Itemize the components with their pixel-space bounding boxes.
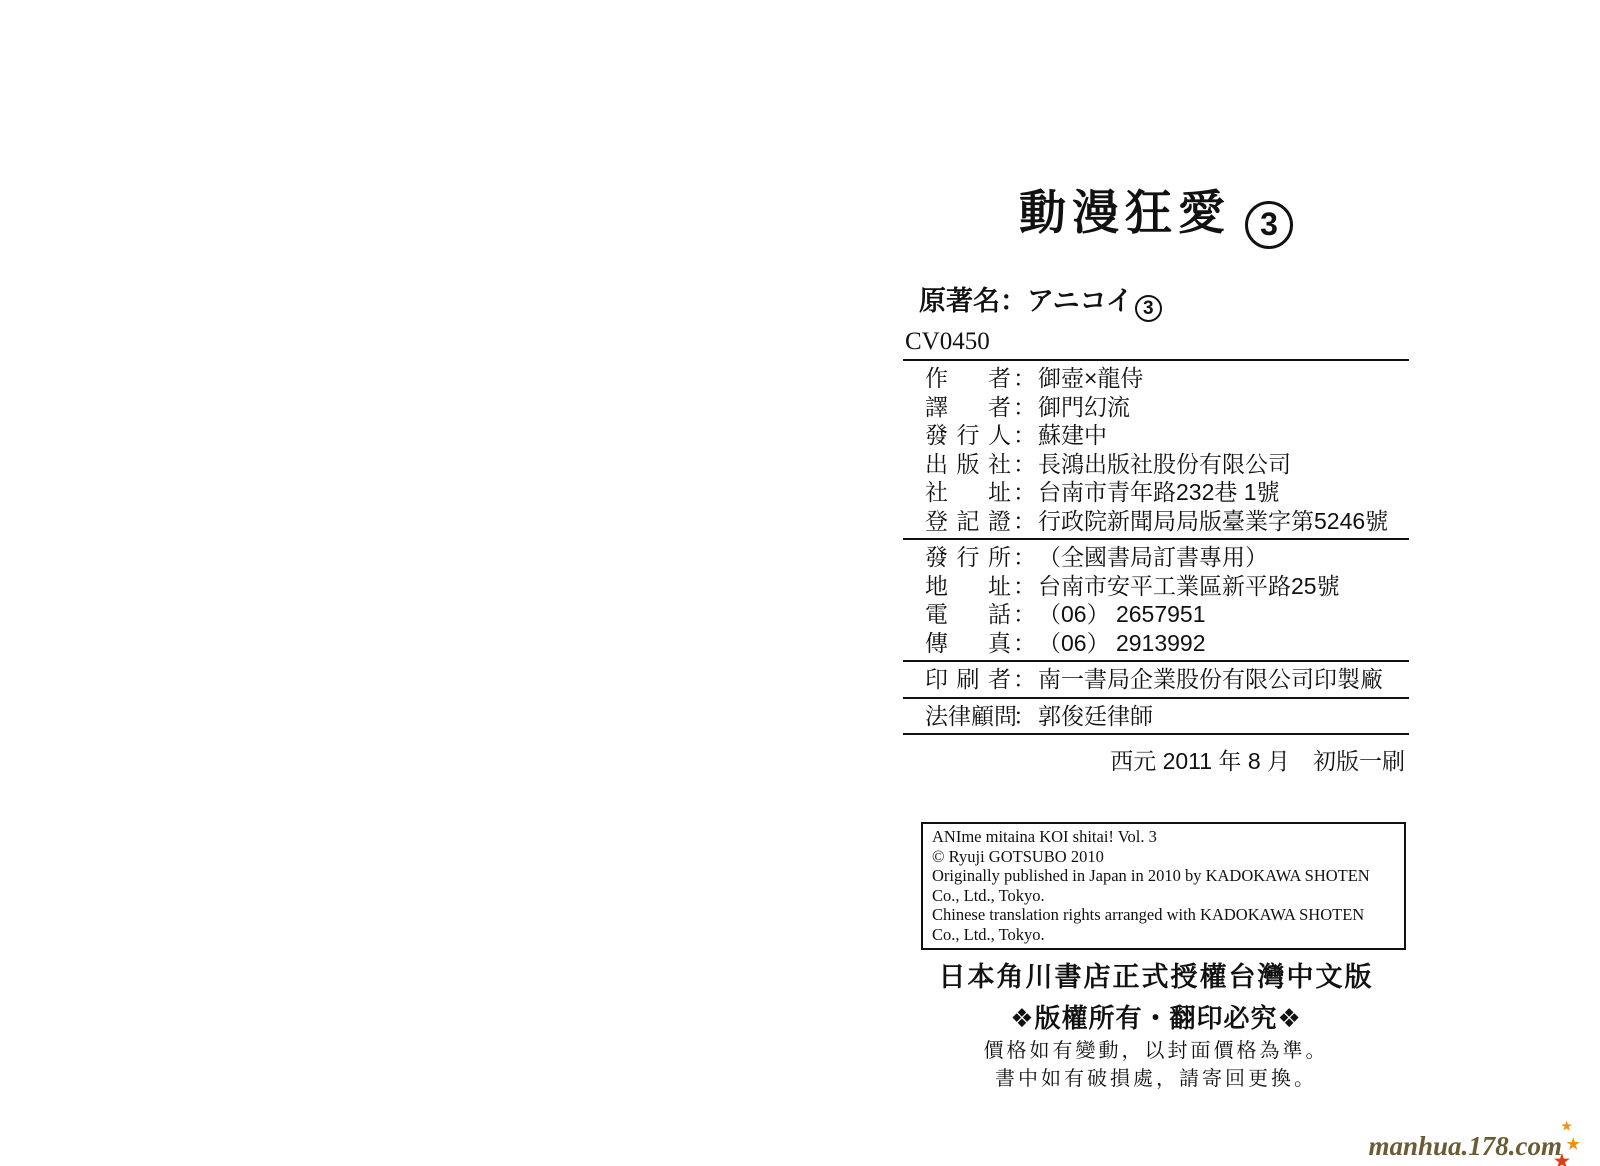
license-price-note: 價格如有變動，以封面價格為準。 xyxy=(903,1039,1409,1063)
row-label: 發行人 xyxy=(925,421,1011,450)
row-label: 作者 xyxy=(925,364,1011,393)
star-icon: ★ xyxy=(1554,1151,1570,1166)
license-authorization: 日本角川書店正式授權台灣中文版 xyxy=(903,955,1409,994)
row-value: 行政院新聞局局版臺業字第5246號 xyxy=(1038,507,1388,536)
row-label: 傳真 xyxy=(925,629,1011,658)
row-colon: ： xyxy=(1013,629,1036,658)
row-label: 地址 xyxy=(925,572,1011,601)
info-table-group-2: 發行所：（全國書局訂書專用） 地址：台南市安平工業區新平路25號 電話：（06）… xyxy=(903,543,1409,657)
info-row-translator: 譯者：御門幻流 xyxy=(903,393,1409,422)
info-row-fax: 傳真：（06） 2913992 xyxy=(903,629,1409,658)
license-damage-note: 書中如有破損處，請寄回更換。 xyxy=(903,1067,1409,1091)
row-colon: ： xyxy=(1013,543,1036,572)
row-value: 長鴻出版社股份有限公司 xyxy=(1038,450,1291,479)
row-value: 御門幻流 xyxy=(1038,393,1130,422)
row-colon: ： xyxy=(1013,393,1036,422)
row-colon: ： xyxy=(1013,364,1036,393)
divider-line xyxy=(903,733,1409,735)
row-label: 電話 xyxy=(925,600,1011,629)
info-row-phone: 電話：（06） 2657951 xyxy=(903,600,1409,629)
row-colon: ： xyxy=(1013,665,1036,694)
info-table-group-1: 作者：御壺×龍侍 譯者：御門幻流 發行人：蘇建中 出版社：長鴻出版社股份有限公司… xyxy=(903,364,1409,535)
divider-line xyxy=(903,538,1409,540)
row-value: （全國書局訂書專用） xyxy=(1038,543,1268,572)
info-row-dist-address: 地址：台南市安平工業區新平路25號 xyxy=(903,572,1409,601)
row-colon: ： xyxy=(1013,702,1036,731)
book-title: 動漫狂愛 xyxy=(1019,186,1231,239)
copyright-line-3: Originally published in Japan in 2010 by… xyxy=(932,866,1395,905)
row-value: 台南市安平工業區新平路25號 xyxy=(1038,572,1340,601)
info-row-printer: 印刷者：南一書局企業股份有限公司印製廠 xyxy=(903,665,1409,694)
watermark: manhua.178.com ★ ★ ★ xyxy=(1368,1131,1562,1162)
info-row-author: 作者：御壺×龍侍 xyxy=(903,364,1409,393)
divider-line xyxy=(903,660,1409,662)
divider-line xyxy=(903,697,1409,699)
row-label: 登記證 xyxy=(925,507,1011,536)
row-value: 南一書局企業股份有限公司印製廠 xyxy=(1038,665,1383,694)
info-row-publisher-person: 發行人：蘇建中 xyxy=(903,421,1409,450)
info-row-legal-advisor: 法律顧問：郭俊廷律師 xyxy=(903,702,1409,731)
volume-number-circled: 3 xyxy=(1245,201,1293,249)
row-colon: ： xyxy=(1013,450,1036,479)
book-title-line: 動漫狂愛3 xyxy=(903,176,1409,249)
row-colon: ： xyxy=(1013,507,1036,536)
row-value: 郭俊廷律師 xyxy=(1038,702,1153,731)
copyright-box: ANIme mitaina KOI shitai! Vol. 3 © Ryuji… xyxy=(921,822,1406,950)
colophon-page: 動漫狂愛3 原著名：アニコイ3 CV0450 作者：御壺×龍侍 譯者：御門幻流 … xyxy=(903,0,1409,1166)
row-value: 台南市青年路232巷 1號 xyxy=(1038,478,1280,507)
info-row-address: 社址：台南市青年路232巷 1號 xyxy=(903,478,1409,507)
row-colon: ： xyxy=(1013,600,1036,629)
row-label: 法律顧問 xyxy=(925,702,1011,731)
row-label: 出版社 xyxy=(925,450,1011,479)
row-label: 社址 xyxy=(925,478,1011,507)
row-value: （06） 2913992 xyxy=(1038,629,1206,658)
copyright-line-4: Chinese translation rights arranged with… xyxy=(932,905,1395,944)
row-value: 御壺×龍侍 xyxy=(1038,364,1143,393)
row-value: （06） 2657951 xyxy=(1038,600,1206,629)
info-row-distributor: 發行所：（全國書局訂書專用） xyxy=(903,543,1409,572)
license-block: 日本角川書店正式授權台灣中文版 ❖版權所有・翻印必究❖ 價格如有變動，以封面價格… xyxy=(903,955,1409,1091)
row-value: 蘇建中 xyxy=(1038,421,1107,450)
row-label: 譯者 xyxy=(925,393,1011,422)
row-label: 印刷者 xyxy=(925,665,1011,694)
info-row-publisher: 出版社：長鴻出版社股份有限公司 xyxy=(903,450,1409,479)
copyright-line-1: ANIme mitaina KOI shitai! Vol. 3 xyxy=(932,827,1395,847)
edition-date: 西元 2011 年 8 月 初版一刷 xyxy=(903,743,1409,776)
product-code: CV0450 xyxy=(903,328,1409,356)
star-icon: ★ xyxy=(1561,1119,1572,1134)
row-colon: ： xyxy=(1013,478,1036,507)
info-row-registration: 登記證：行政院新聞局局版臺業字第5246號 xyxy=(903,507,1409,536)
original-title: 原著名：アニコイ xyxy=(919,286,1133,316)
divider-line xyxy=(903,359,1409,361)
row-colon: ： xyxy=(1013,421,1036,450)
original-volume-circled: 3 xyxy=(1135,295,1162,322)
watermark-text: manhua.178.com xyxy=(1368,1131,1562,1161)
original-title-line: 原著名：アニコイ3 xyxy=(903,279,1409,323)
row-colon: ： xyxy=(1013,572,1036,601)
license-all-rights-reserved: ❖版權所有・翻印必究❖ xyxy=(903,998,1409,1035)
copyright-line-2: © Ryuji GOTSUBO 2010 xyxy=(932,847,1395,867)
row-label: 發行所 xyxy=(925,543,1011,572)
